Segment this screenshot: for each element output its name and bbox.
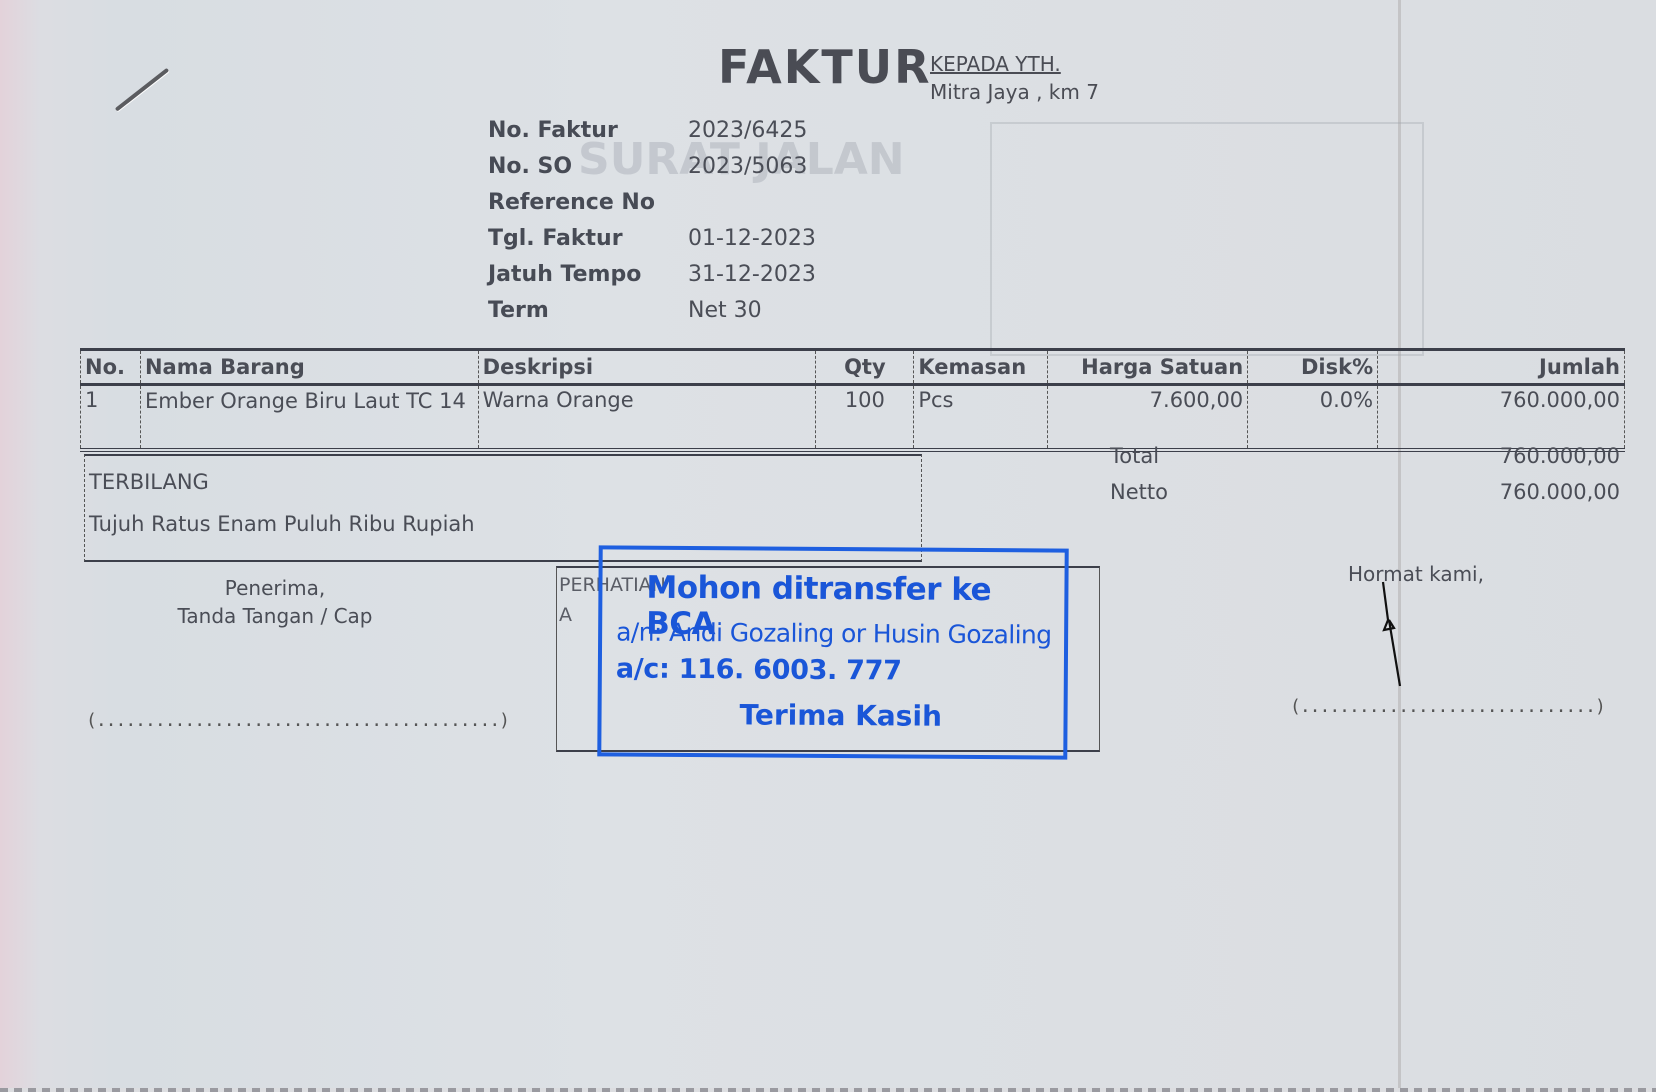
col-nama-barang: Nama Barang [140, 350, 478, 385]
cell-no: 1 [81, 385, 141, 451]
document-title: FAKTUR [718, 40, 932, 94]
terbilang-label: TERBILANG [89, 470, 209, 494]
meta-value: 2023/6425 [688, 118, 807, 154]
totals: Total760.000,00 Netto760.000,00 [1110, 444, 1620, 516]
receiver-block: Penerima, Tanda Tangan / Cap [150, 574, 400, 630]
meta-row: No. Faktur2023/6425 [488, 118, 816, 154]
meta-row: Reference No [488, 190, 816, 226]
meta-value: 01-12-2023 [688, 226, 816, 262]
meta-value: Net 30 [688, 298, 762, 334]
cell-kemasan: Pcs [914, 385, 1048, 451]
total-row: Total760.000,00 [1110, 444, 1620, 480]
table-row: 1 Ember Orange Biru Laut TC 14 Warna Ora… [81, 385, 1625, 451]
recipient-name: Mitra Jaya , km 7 [930, 80, 1099, 104]
col-kemasan: Kemasan [914, 350, 1048, 385]
stamp-account-name: a/n: Andi Gozaling or Husin Gozaling [616, 617, 1052, 649]
cell-harga-satuan: 7.600,00 [1048, 385, 1248, 451]
meta-label: Tgl. Faktur [488, 226, 688, 262]
table-header-row: No. Nama Barang Deskripsi Qty Kemasan Ha… [81, 350, 1625, 385]
meta-row: No. SO2023/5063 [488, 154, 816, 190]
meta-value: 31-12-2023 [688, 262, 816, 298]
cell-deskripsi: Warna Orange [478, 385, 816, 451]
stamp-thanks: Terima Kasih [739, 698, 942, 732]
meta-label: No. SO [488, 154, 688, 190]
ghost-box [990, 122, 1424, 356]
cell-disk: 0.0% [1248, 385, 1378, 451]
col-disk: Disk% [1248, 350, 1378, 385]
sender-signature-line: (..............................) [1290, 696, 1605, 717]
meta-label: Term [488, 298, 688, 334]
col-qty: Qty [816, 350, 914, 385]
meta-label: Jatuh Tempo [488, 262, 688, 298]
col-deskripsi: Deskripsi [478, 350, 816, 385]
receiver-label: Penerima, [150, 574, 400, 602]
terbilang-value: Tujuh Ratus Enam Puluh Ribu Rupiah [89, 512, 475, 536]
netto-value: 760.000,00 [1500, 480, 1620, 516]
total-label: Total [1110, 444, 1159, 480]
stamp-account-number: a/c: 116. 6003. 777 [616, 653, 902, 686]
items-table: No. Nama Barang Deskripsi Qty Kemasan Ha… [80, 348, 1625, 452]
col-jumlah: Jumlah [1378, 350, 1625, 385]
total-value: 760.000,00 [1500, 444, 1620, 480]
meta-row: Jatuh Tempo31-12-2023 [488, 262, 816, 298]
recipient-label: KEPADA YTH. [930, 52, 1061, 76]
notice-text: A [559, 604, 572, 626]
col-no: No. [81, 350, 141, 385]
col-harga-satuan: Harga Satuan [1048, 350, 1248, 385]
receiver-sign-caption: Tanda Tangan / Cap [150, 602, 400, 630]
signature-icon [1380, 580, 1420, 690]
staple-icon [115, 68, 169, 112]
meta-row: TermNet 30 [488, 298, 816, 334]
cell-qty: 100 [816, 385, 914, 451]
receiver-signature-line: (.......................................… [86, 710, 509, 731]
meta-value: 2023/5063 [688, 154, 807, 190]
cell-nama-barang: Ember Orange Biru Laut TC 14 [140, 385, 478, 451]
cell-jumlah: 760.000,00 [1378, 385, 1625, 451]
meta-row: Tgl. Faktur01-12-2023 [488, 226, 816, 262]
meta-label: Reference No [488, 190, 688, 226]
meta-label: No. Faktur [488, 118, 688, 154]
paper-edge [0, 1088, 1656, 1092]
netto-row: Netto760.000,00 [1110, 480, 1620, 516]
netto-label: Netto [1110, 480, 1168, 516]
bank-transfer-stamp: Mohon ditransfer ke BCA a/n: Andi Gozali… [597, 545, 1068, 759]
invoice-meta: No. Faktur2023/6425 No. SO2023/5063 Refe… [488, 118, 816, 334]
